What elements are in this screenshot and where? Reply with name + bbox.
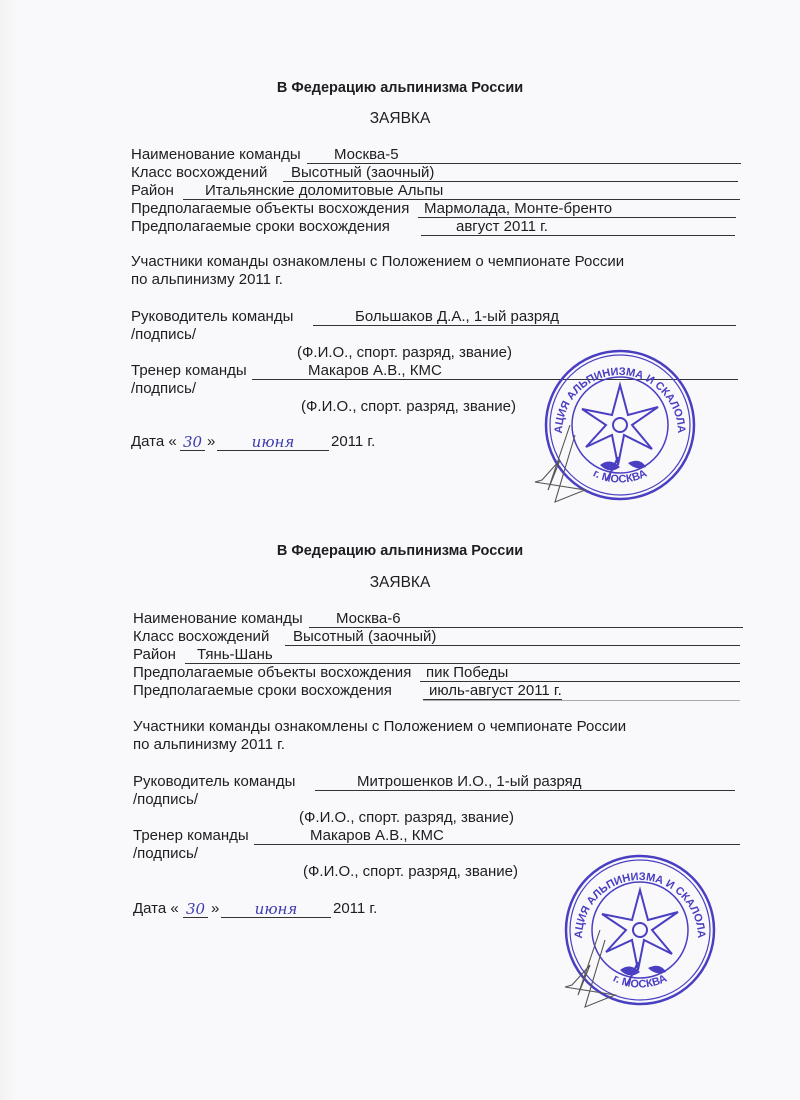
leader-hint: (Ф.И.О., спорт. разряд, звание)	[299, 809, 514, 826]
coach-label: Тренер команды	[131, 362, 247, 379]
field-team-name-label: Наименование команды	[133, 610, 303, 627]
leader-field: Большаков Д.А., 1-ый разряд	[313, 308, 736, 326]
form-title: ЗАЯВКА	[0, 574, 800, 592]
scanned-document: В Федерацию альпинизма России ЗАЯВКА Наи…	[0, 0, 800, 1100]
field-team-name: Москва-5	[307, 146, 741, 164]
leader-hint: (Ф.И.О., спорт. разряд, звание)	[297, 344, 512, 361]
field-class-label: Класс восхождений	[131, 164, 267, 181]
field-class: Высотный (заочный)	[283, 164, 738, 182]
field-team-name: Москва-6	[309, 610, 743, 628]
coach-signature-label: /подпись/	[131, 380, 196, 397]
date-close: »	[211, 900, 219, 917]
date-day: 30	[183, 900, 208, 918]
date-label: Дата «	[131, 433, 177, 450]
coach-hint: (Ф.И.О., спорт. разряд, звание)	[303, 863, 518, 880]
date-year: 2011 г.	[333, 900, 377, 917]
field-objects-label: Предполагаемые объекты восхождения	[131, 200, 409, 217]
field-class-label: Класс восхождений	[133, 628, 269, 645]
date-label: Дата «	[133, 900, 179, 917]
field-region-label: Район	[131, 182, 174, 199]
signature-scribble	[560, 925, 630, 1015]
leader-field: Митрошенков И.О., 1-ый разряд	[315, 773, 735, 791]
field-objects-label: Предполагаемые объекты восхождения	[133, 664, 411, 681]
field-region: Тянь-Шань	[185, 646, 740, 664]
signature-scribble	[530, 420, 600, 510]
acknowledgement: Участники команды ознакомлены с Положени…	[133, 718, 626, 735]
date-month: июня	[217, 433, 329, 451]
addressee: В Федерацию альпинизма России	[0, 80, 800, 96]
leader-signature-label: /подпись/	[131, 326, 196, 343]
field-region-label: Район	[133, 646, 176, 663]
coach-field: Макаров А.В., КМС	[254, 827, 740, 845]
field-region: Итальянские доломитовые Альпы	[183, 182, 740, 200]
field-dates: август 2011 г.	[421, 218, 735, 236]
field-objects: пик Победы	[420, 664, 740, 682]
field-class: Высотный (заочный)	[285, 628, 740, 646]
date-year: 2011 г.	[331, 433, 375, 450]
field-dates-label: Предполагаемые сроки восхождения	[133, 682, 392, 699]
addressee: В Федерацию альпинизма России	[0, 543, 800, 559]
acknowledgement: Участники команды ознакомлены с Положени…	[131, 253, 624, 270]
coach-signature-label: /подпись/	[133, 845, 198, 862]
field-objects: Мармолада, Монте-бренто	[418, 200, 736, 218]
leader-label: Руководитель команды	[133, 773, 295, 790]
field-dates: июль-август 2011 г.	[423, 682, 740, 701]
acknowledgement-2: по альпинизму 2011 г.	[133, 736, 285, 753]
field-dates-label: Предполагаемые сроки восхождения	[131, 218, 390, 235]
acknowledgement-2: по альпинизму 2011 г.	[131, 271, 283, 288]
date-month: июня	[221, 900, 331, 918]
coach-hint: (Ф.И.О., спорт. разряд, звание)	[301, 398, 516, 415]
form-title: ЗАЯВКА	[0, 110, 800, 128]
field-team-name-label: Наименование команды	[131, 146, 301, 163]
leader-signature-label: /подпись/	[133, 791, 198, 808]
date-day: 30	[180, 433, 205, 451]
date-close: »	[207, 433, 215, 450]
coach-label: Тренер команды	[133, 827, 249, 844]
leader-label: Руководитель команды	[131, 308, 293, 325]
